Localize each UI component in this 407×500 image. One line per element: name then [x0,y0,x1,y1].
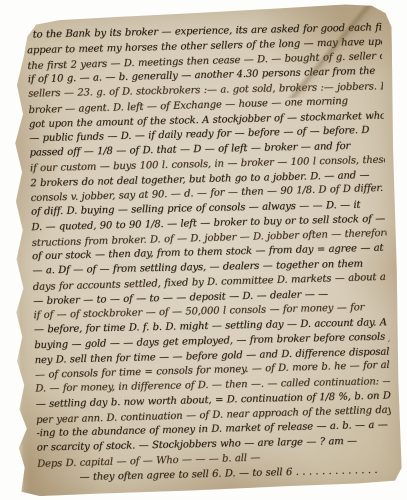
handwritten-text-block: to the Bank by its broker — experience, … [27,21,393,489]
manuscript-page: 41 to the Bank by its broker — experienc… [5,3,403,496]
page-number-pencil: 41 [31,17,42,27]
photo-background: 41 to the Bank by its broker — experienc… [0,0,407,500]
